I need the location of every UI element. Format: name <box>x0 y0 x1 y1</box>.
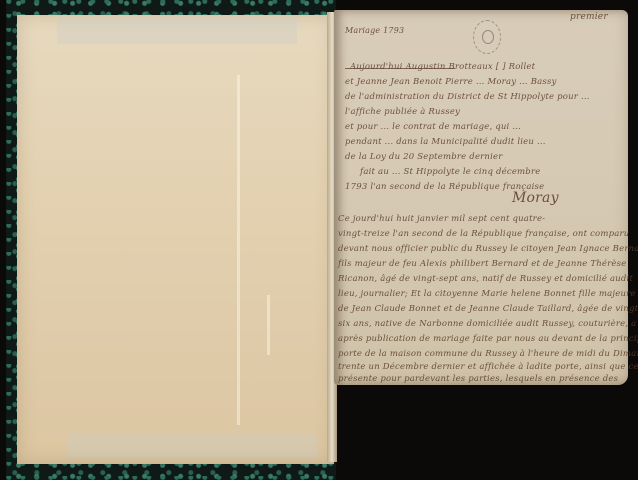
page-crease <box>237 75 240 425</box>
preamble-line: et pour ... le contrat de mariage, qui .… <box>345 122 521 132</box>
body-line: Ce jourd'hui huit janvier mil sept cent … <box>338 214 545 224</box>
body-line: de Jean Claude Bonnet et de Jeanne Claud… <box>338 304 638 314</box>
header-right: premier <box>570 12 608 22</box>
body-line: après publication de mariage faite par n… <box>338 334 638 344</box>
preamble-line: et Jeanne Jean Benoit Pierre ... Moray .… <box>345 77 557 87</box>
body-line: présente pour pardevant les parties, les… <box>338 374 618 384</box>
tape-strip-bottom <box>67 433 317 457</box>
preamble-line: pendant ... dans la Municipalité dudit l… <box>345 137 546 147</box>
tape-strip-top <box>57 18 297 44</box>
header-left: Mariage 1793 <box>345 26 404 35</box>
body-line: porte de la maison commune du Russey à l… <box>338 349 638 359</box>
preamble-line: Aujourd'hui Augustin Brotteaux [ ] Rolle… <box>350 62 535 72</box>
body-line: vingt-treize l'an second de la Républiqu… <box>338 229 629 239</box>
signature: Moray <box>512 190 559 206</box>
preamble-line: fait au ... St Hippolyte le cinq décembr… <box>360 167 540 177</box>
preamble-line: l'affiche publiée à Russey <box>345 107 460 117</box>
page-crease <box>267 295 270 355</box>
seal-stamp-icon <box>473 20 501 54</box>
body-line: devant nous officier public du Russey le… <box>338 244 638 254</box>
preamble-line: de l'administration du District de St Hi… <box>345 92 590 102</box>
body-line: Ricanon, âgé de vingt-sept ans, natif de… <box>338 274 633 284</box>
body-line: trente un Décembre dernier et affichée à… <box>338 362 638 372</box>
body-line: fils majeur de feu Alexis philibert Bern… <box>338 259 626 269</box>
body-line: lieu, journalier; Et la citoyenne Marie … <box>338 289 636 299</box>
left-page-blank <box>17 15 334 464</box>
body-line: six ans, native de Narbonne domiciliée a… <box>338 319 636 329</box>
preamble-line: de la Loy du 20 Septembre dernier <box>345 152 503 162</box>
